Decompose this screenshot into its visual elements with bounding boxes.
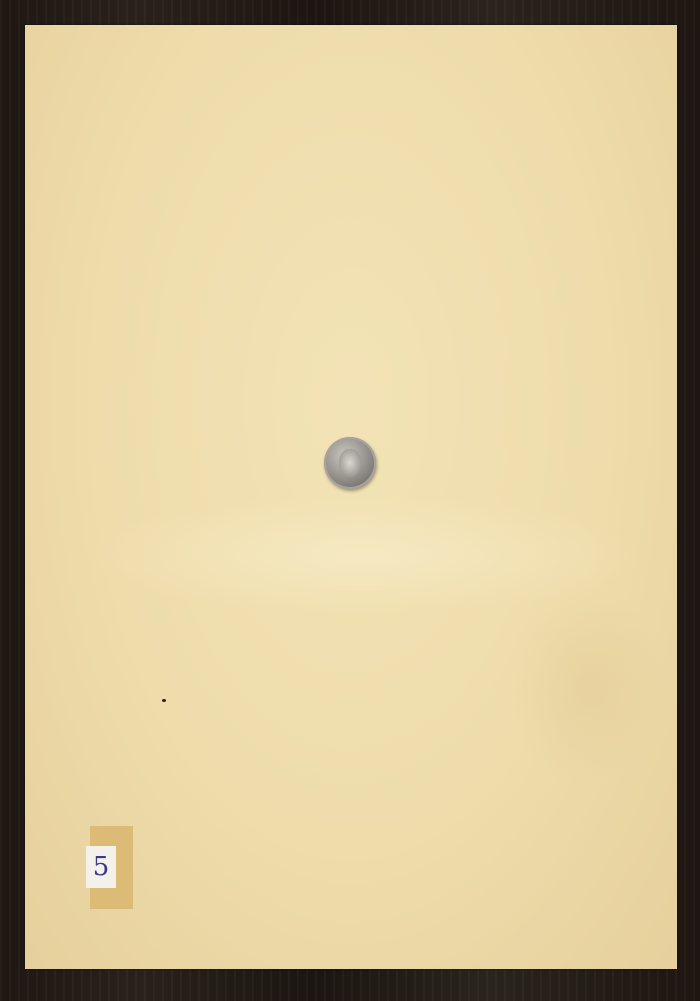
paper-stain — [505, 585, 665, 785]
number-label: 5 — [86, 846, 116, 888]
coin — [324, 437, 376, 489]
ink-spot — [162, 699, 166, 702]
coin-emblem-icon — [339, 449, 361, 477]
